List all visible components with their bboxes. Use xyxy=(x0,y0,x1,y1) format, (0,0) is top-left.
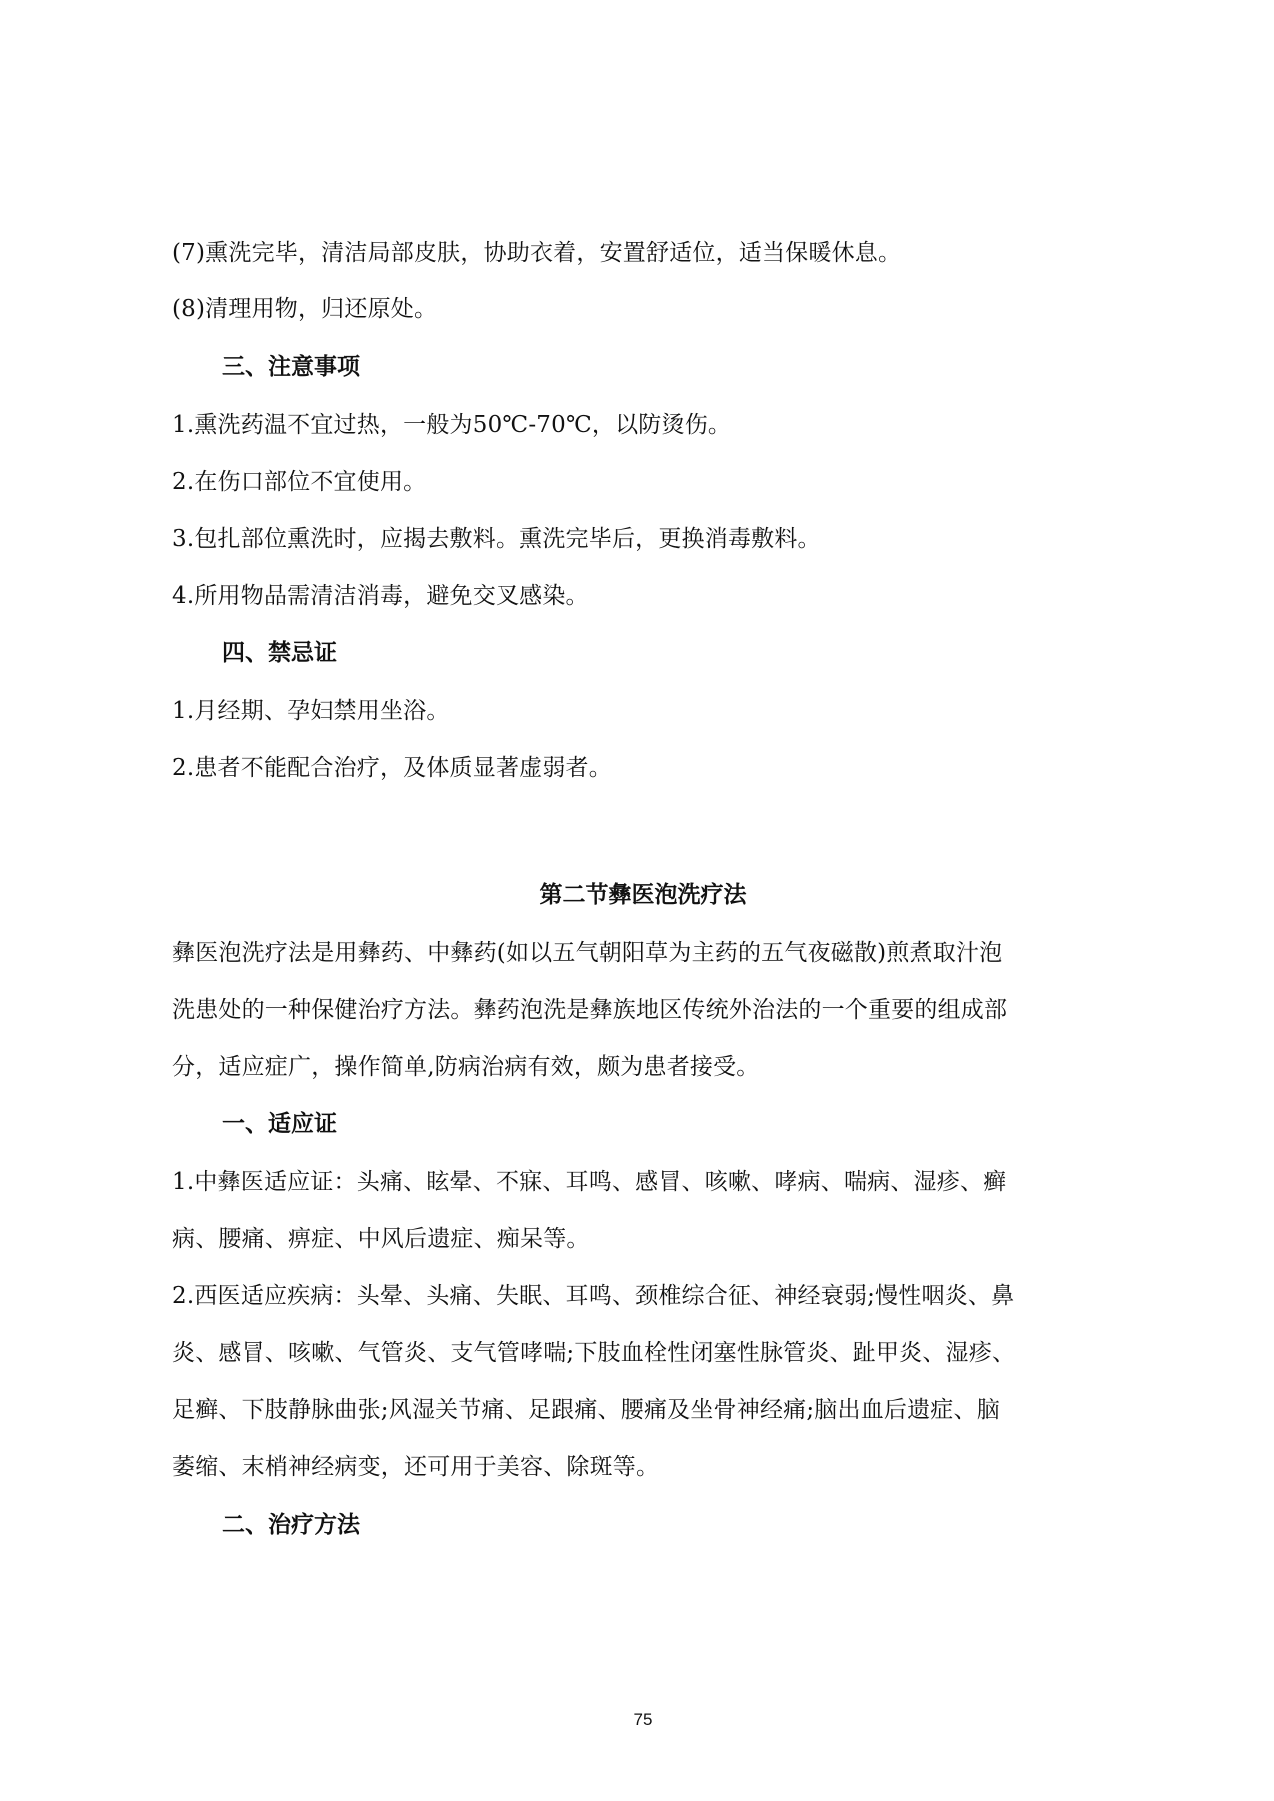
intro-line-1: 彝医泡洗疗法是用彝药、中彝药(如以五气朝阳草为主药的五气夜磁散)煎煮取汁泡 xyxy=(172,938,1096,968)
contraindication-item-1: 1.月经期、孕妇禁用坐浴。 xyxy=(172,696,1096,726)
document-page: (7)熏洗完毕，清洁局部皮肤，协助衣着，安置舒适位，适当保暖休息。 (8)清理用… xyxy=(0,0,1274,1801)
precaution-item-2: 2.在伤口部位不宜使用。 xyxy=(172,467,1096,497)
precaution-item-4: 4.所用物品需清洁消毒，避免交叉感染。 xyxy=(172,581,1096,611)
intro-line-2: 洗患处的一种保健治疗方法。彝药泡洗是彝族地区传统外治法的一个重要的组成部 xyxy=(172,995,1096,1025)
section-heading-indications: 一、适应证 xyxy=(222,1109,337,1139)
indication-2-line-1: 2.西医适应疾病：头晕、头痛、失眠、耳鸣、颈椎综合征、神经衰弱;慢性咽炎、鼻 xyxy=(172,1281,1096,1311)
intro-line-3: 分，适应症广，操作简单,防病治病有效，颇为患者接受。 xyxy=(172,1052,1096,1082)
step-7: (7)熏洗完毕，清洁局部皮肤，协助衣着，安置舒适位，适当保暖休息。 xyxy=(172,238,1096,268)
indication-1-line-1: 1.中彝医适应证：头痛、眩晕、不寐、耳鸣、感冒、咳嗽、哮病、喘病、湿疹、癣 xyxy=(172,1167,1096,1197)
precaution-item-1: 1.熏洗药温不宜过热，一般为50℃-70℃，以防烫伤。 xyxy=(172,410,1096,440)
section-title: 第二节彝医泡洗疗法 xyxy=(0,880,1274,910)
section-heading-precautions: 三、注意事项 xyxy=(222,352,360,382)
indication-2-line-4: 萎缩、末梢神经病变，还可用于美容、除斑等。 xyxy=(172,1452,1096,1482)
section-heading-contraindications: 四、禁忌证 xyxy=(222,638,337,668)
page-number: 75 xyxy=(0,1708,1274,1732)
contraindication-item-2: 2.患者不能配合治疗，及体质显著虚弱者。 xyxy=(172,753,1096,783)
indication-2-line-2: 炎、感冒、咳嗽、气管炎、支气管哮喘;下肢血栓性闭塞性脉管炎、趾甲炎、湿疹、 xyxy=(172,1338,1096,1368)
section-heading-treatment: 二、治疗方法 xyxy=(222,1510,360,1540)
precaution-item-3: 3.包扎部位熏洗时，应揭去敷料。熏洗完毕后，更换消毒敷料。 xyxy=(172,524,1096,554)
step-8: (8)清理用物，归还原处。 xyxy=(172,294,1096,324)
indication-2-line-3: 足癣、下肢静脉曲张;风湿关节痛、足跟痛、腰痛及坐骨神经痛;脑出血后遗症、脑 xyxy=(172,1395,1096,1425)
indication-1-line-2: 病、腰痛、痹症、中风后遗症、痴呆等。 xyxy=(172,1224,1096,1254)
